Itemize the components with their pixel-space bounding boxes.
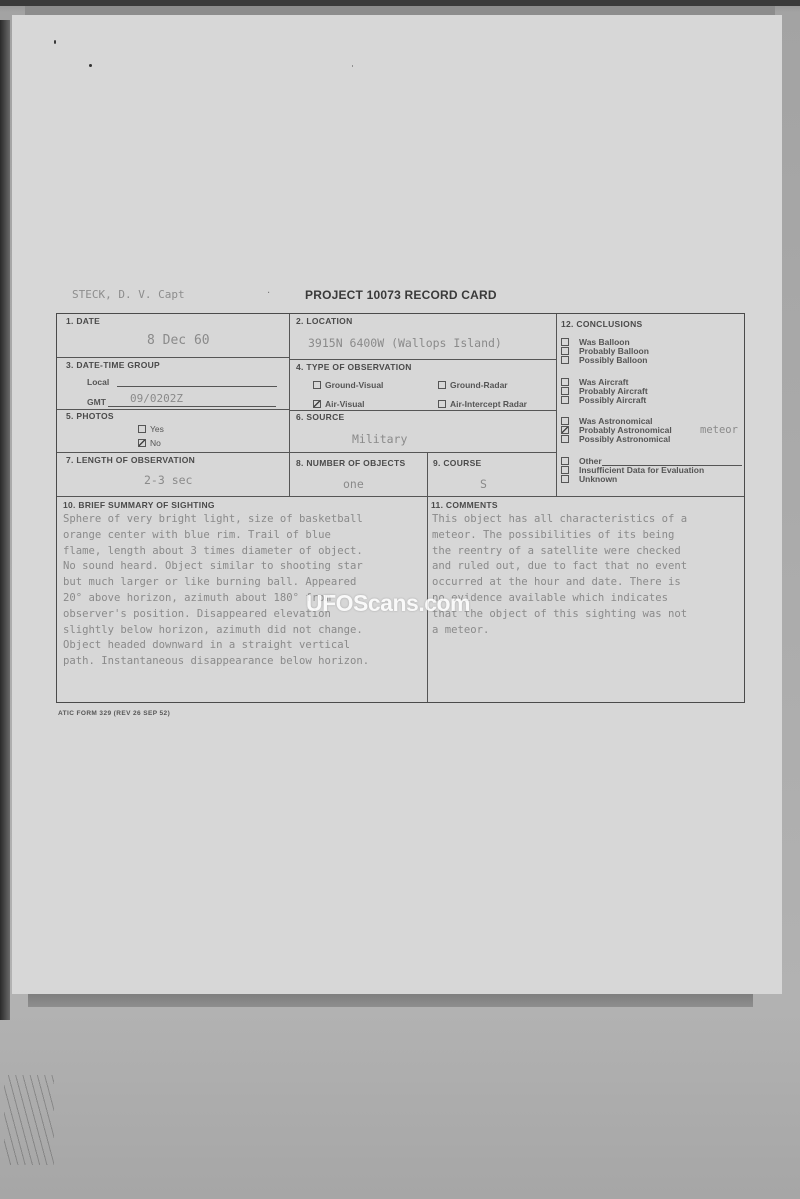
- checkbox-icon: [561, 338, 569, 346]
- divider: [57, 357, 289, 358]
- divider: [57, 452, 556, 453]
- date-time-group-label: 3. DATE-TIME GROUP: [66, 360, 160, 370]
- checkbox-checked-icon: [561, 426, 569, 434]
- conclusions-label: 12. CONCLUSIONS: [561, 319, 643, 329]
- length-of-observation-value: 2-3 sec: [144, 473, 192, 487]
- checkbox-icon: [438, 400, 446, 408]
- conclusion-possibly-astronomical[interactable]: Possibly Astronomical: [561, 434, 670, 444]
- date-value: 8 Dec 60: [147, 333, 210, 348]
- course-label: 9. COURSE: [433, 458, 482, 468]
- film-scratches: [4, 1075, 54, 1165]
- checkbox-icon: [313, 381, 321, 389]
- header-dot: ·: [267, 288, 270, 299]
- photos-label: 5. PHOTOS: [66, 411, 114, 421]
- checkbox-icon: [561, 378, 569, 386]
- investigator-name: STECK, D. V. Capt: [72, 288, 185, 301]
- checkbox-icon: [561, 356, 569, 364]
- checkbox-icon: [561, 347, 569, 355]
- conclusion-possibly-balloon[interactable]: Possibly Balloon: [561, 355, 648, 365]
- conclusion-possibly-aircraft[interactable]: Possibly Aircraft: [561, 395, 646, 405]
- gmt-line: [108, 406, 276, 407]
- dust-speck: [352, 65, 353, 67]
- divider: [289, 314, 290, 496]
- dust-speck: [89, 64, 92, 67]
- option-photos-no[interactable]: No: [138, 438, 161, 448]
- checkbox-icon: [561, 435, 569, 443]
- local-time-line: [117, 386, 277, 387]
- location-value: 3915N 6400W (Wallops Island): [308, 336, 502, 350]
- checkbox-icon: [561, 387, 569, 395]
- checkbox-icon: [561, 457, 569, 465]
- conclusion-annotation: meteor: [700, 424, 738, 436]
- divider: [427, 452, 428, 702]
- comments-label: 11. COMMENTS: [431, 500, 498, 510]
- brief-summary-label: 10. BRIEF SUMMARY OF SIGHTING: [63, 500, 215, 510]
- card-title: PROJECT 10073 RECORD CARD: [305, 288, 497, 302]
- location-label: 2. LOCATION: [296, 316, 353, 326]
- checkbox-icon: [561, 417, 569, 425]
- checkbox-icon: [438, 381, 446, 389]
- option-ground-radar[interactable]: Ground-Radar: [438, 380, 508, 390]
- local-time-label: Local: [87, 377, 109, 387]
- form-id: ATIC FORM 329 (REV 26 SEP 52): [58, 710, 170, 717]
- paper-shadow: [28, 993, 753, 1007]
- dust-speck: [54, 40, 56, 44]
- checkbox-checked-icon: [313, 400, 321, 408]
- source-label: 6. SOURCE: [296, 412, 345, 422]
- length-of-observation-label: 7. LENGTH OF OBSERVATION: [66, 455, 195, 465]
- checkbox-icon: [561, 396, 569, 404]
- option-air-visual[interactable]: Air-Visual: [313, 399, 365, 409]
- course-value: S: [480, 477, 487, 491]
- number-of-objects-label: 8. NUMBER OF OBJECTS: [296, 458, 405, 468]
- number-of-objects-value: one: [343, 477, 364, 491]
- option-ground-visual[interactable]: Ground-Visual: [313, 380, 383, 390]
- divider: [289, 359, 556, 360]
- gmt-label: GMT: [87, 397, 106, 407]
- divider: [289, 410, 556, 411]
- type-of-observation-label: 4. TYPE OF OBSERVATION: [296, 362, 412, 372]
- gmt-value: 09/0202Z: [130, 392, 183, 405]
- conclusion-unknown[interactable]: Unknown: [561, 474, 617, 484]
- watermark: UFOScans.com: [306, 590, 470, 617]
- option-photos-yes[interactable]: Yes: [138, 424, 164, 434]
- divider: [57, 409, 289, 410]
- checkbox-icon: [561, 466, 569, 474]
- date-label: 1. DATE: [66, 316, 100, 326]
- checkbox-checked-icon: [138, 439, 146, 447]
- source-value: Military: [352, 432, 407, 446]
- comments-text: This object has all characteristics of a…: [432, 512, 687, 638]
- scan-left-edge: [0, 20, 10, 1020]
- option-air-intercept-radar[interactable]: Air-Intercept Radar: [438, 399, 527, 409]
- divider: [556, 314, 557, 496]
- checkbox-icon: [138, 425, 146, 433]
- divider: [57, 496, 744, 497]
- checkbox-icon: [561, 475, 569, 483]
